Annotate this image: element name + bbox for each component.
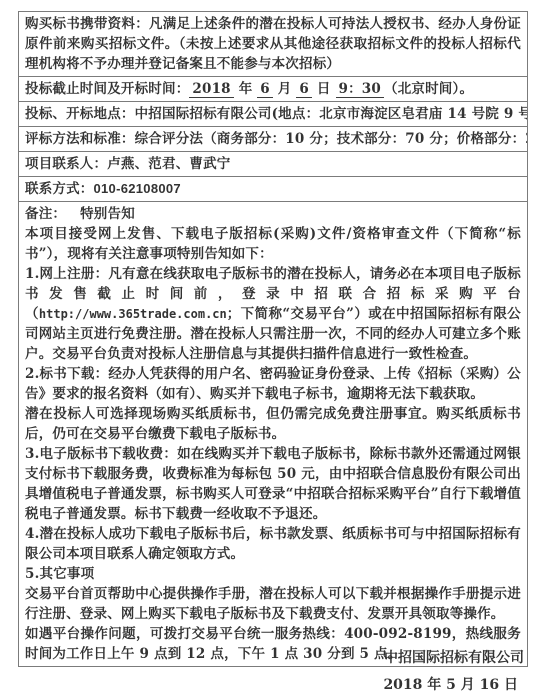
remark-item-4-invoice-pickup: 4.潜在投标人成功下载电子版标书后，标书款发票、纸质标书可与中招国际招标有限公司…: [25, 524, 521, 564]
row-bid-deadline: 投标截止时间及开标时间：2018 年 6 月 6 日 9：30（北京时间）。: [19, 77, 527, 102]
row-remark: 备注：特别告知 本项目接受网上发售、下载电子版招标(采购)文件/资格审查文件（下…: [19, 202, 527, 666]
row-evaluation-method: 评标方法和标准：综合评分法（商务部分：10 分；技术部分：70 分；价格部分：2…: [19, 127, 527, 152]
bid-deadline-month: 6: [257, 81, 273, 98]
remark-label: 备注：: [25, 206, 66, 222]
remark-intro: 本项目接受网上发售、下载电子版招标(采购)文件/资格审查文件（下简称“标书”），…: [25, 224, 521, 264]
row-project-contacts: 项目联系人：卢燕、范君、曹武宁: [19, 152, 527, 177]
purchase-materials-text: 购买标书携带资料：凡满足上述条件的潜在投标人可持法人授权书、经办人身份证原件前来…: [25, 16, 521, 72]
row-contact-phone: 联系方式：010-62108007: [19, 177, 527, 202]
bid-deadline-day: 6: [296, 81, 312, 98]
bid-deadline-year: 2018: [189, 81, 233, 98]
trade-platform-url: http://www.365trade.com.cn: [39, 307, 227, 321]
row-bid-location: 投标、开标地点：中招国际招标有限公司(地点：北京市海淀区皂君庙 14 号院 9 …: [19, 102, 527, 127]
tender-info-table: 购买标书携带资料：凡满足上述条件的潜在投标人可持法人授权书、经办人身份证原件前来…: [18, 11, 528, 667]
bid-location-text: 投标、开标地点：中招国际招标有限公司(地点：北京市海淀区皂君庙 14 号院 9 …: [25, 106, 527, 122]
remark-item-1-online-registration: 1.网上注册：凡有意在线获取电子版标书的潜在投标人，请务必在本项目电子版标书发售…: [25, 264, 521, 364]
remark-title-line: 备注：特别告知: [25, 204, 521, 224]
bid-deadline-day-unit: 日: [317, 81, 331, 97]
row-purchase-materials: 购买标书携带资料：凡满足上述条件的潜在投标人可持法人授权书、经办人身份证原件前来…: [19, 12, 527, 77]
remark-item-3-download-fee: 3.电子版标书下载收费：如在线购买并下载电子版标书，除标书款外还需通过网银支付标…: [25, 444, 521, 524]
issuer-company-name: 中招国际招标有限公司: [18, 650, 528, 667]
remark-title: 特别告知: [80, 206, 135, 222]
issue-date: 2018 年 5 月 16 日: [18, 677, 528, 694]
contact-phone-number: 010-62108007: [94, 181, 181, 196]
signature-block: 中招国际招标有限公司 2018 年 5 月 16 日: [18, 650, 528, 694]
bid-deadline-time: 9：30: [336, 81, 384, 98]
remark-item-2-paper-option: 潜在投标人可选择现场购买纸质标书，但仍需完成免费注册事宜。购买纸质标书后，仍可在…: [25, 404, 521, 444]
remark-item-2-document-download: 2.标书下载：经办人凭获得的用户名、密码验证身份登录、上传《招标（采购）公告》要…: [25, 364, 521, 404]
contact-phone-label: 联系方式：: [25, 181, 94, 197]
bid-deadline-label: 投标截止时间及开标时间：: [25, 81, 189, 97]
project-contacts-text: 项目联系人：卢燕、范君、曹武宁: [25, 156, 231, 172]
bid-deadline-suffix: （北京时间）。: [384, 81, 473, 97]
remark-item-5-other-heading: 5.其它事项: [25, 564, 521, 584]
remark-item-5-manual-info: 交易平台首页帮助中心提供操作手册，潜在投标人可以下载并根据操作手册提示进行注册、…: [25, 584, 521, 624]
evaluation-method-text: 评标方法和标准：综合评分法（商务部分：10 分；技术部分：70 分；价格部分：2…: [25, 131, 527, 147]
bid-deadline-year-unit: 年: [239, 81, 253, 97]
bid-deadline-month-unit: 月: [278, 81, 292, 97]
